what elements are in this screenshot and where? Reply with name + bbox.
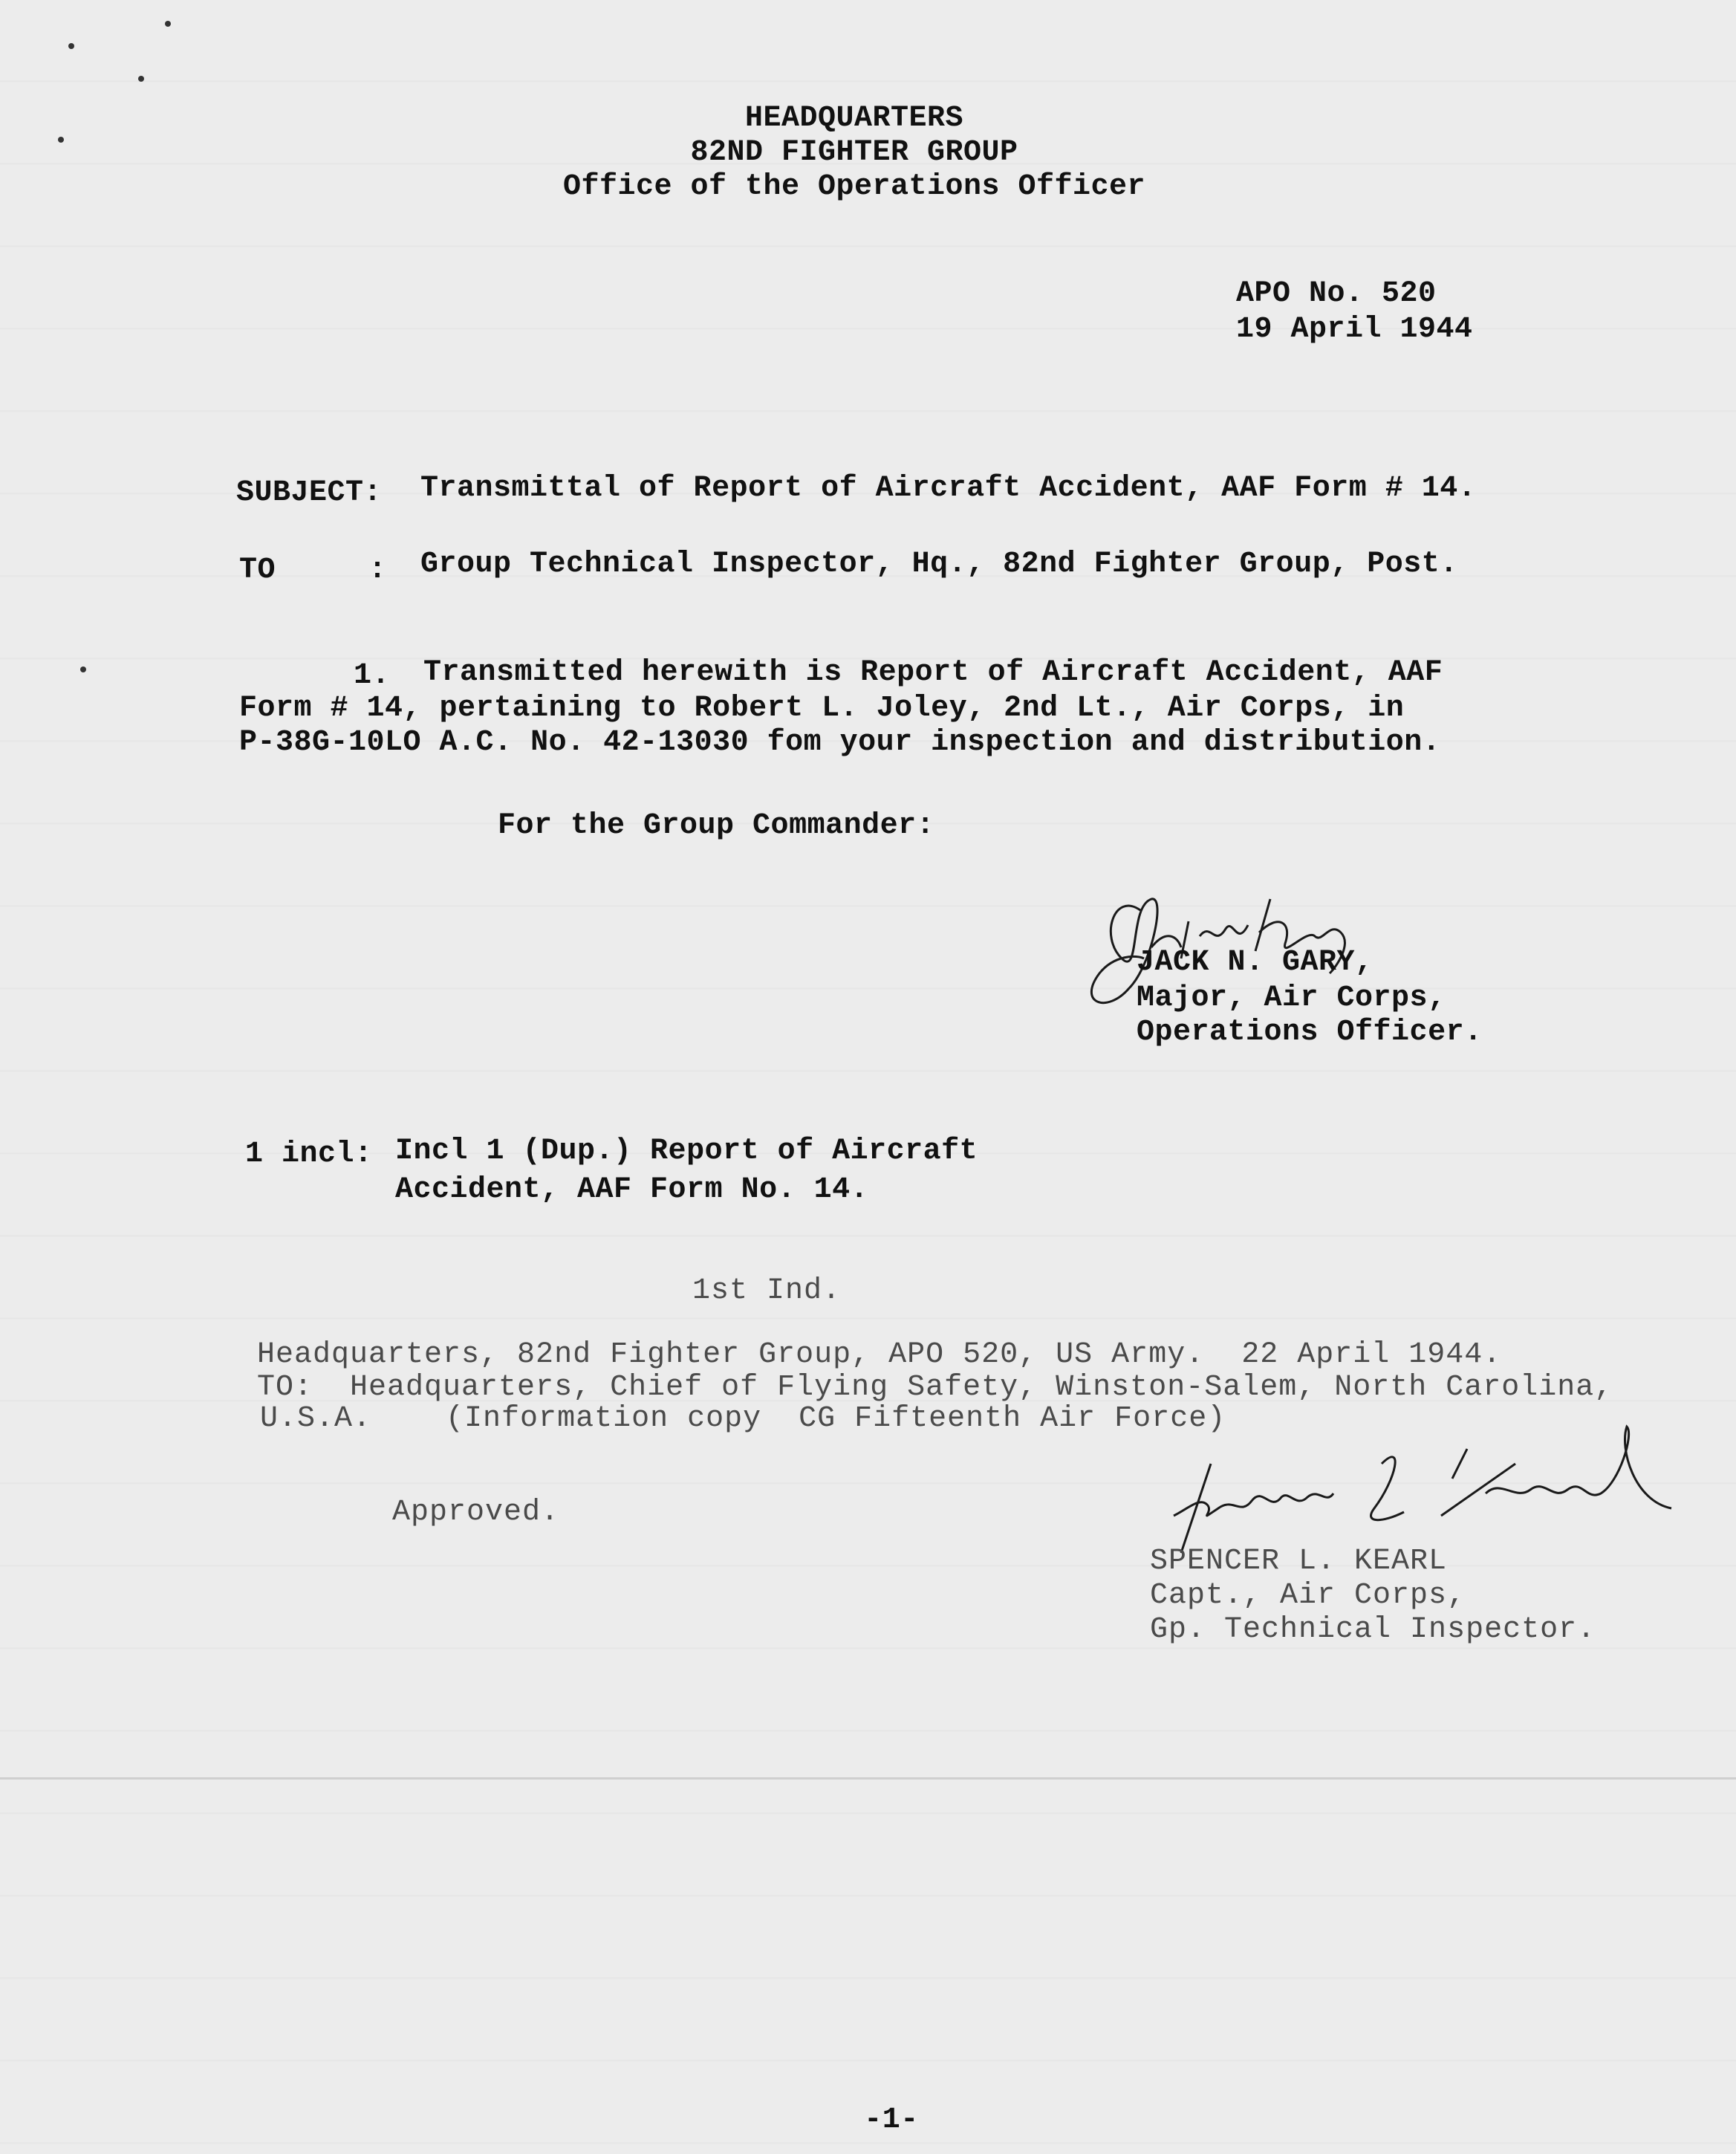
body-line-2: Form # 14, pertaining to Robert L. Joley… [239,691,1404,727]
page-number: -1- [817,2103,966,2138]
indorsement-line-1: Headquarters, 82nd Fighter Group, APO 52… [257,1337,1501,1373]
body-line-3: P-38G-10LO A.C. No. 42-13030 fom your in… [239,725,1440,761]
scan-speck [138,76,144,82]
letterhead-unit: 82ND FIGHTER GROUP [520,135,1189,171]
approved-text: Approved. [392,1495,559,1531]
enclosure-label: 1 incl: [245,1137,373,1172]
letterhead-office: Office of the Operations Officer [520,169,1189,205]
indorsement-heading: 1st Ind. [692,1274,841,1309]
subject-text: Transmittal of Report of Aircraft Accide… [420,471,1476,507]
signer2-title: Gp. Technical Inspector. [1150,1612,1596,1648]
for-group-commander: For the Group Commander: [498,808,934,844]
signer2-rank: Capt., Air Corps, [1150,1578,1466,1614]
indorsement-line-2: TO: Headquarters, Chief of Flying Safety… [257,1370,1613,1406]
scan-rule-line [0,1777,1736,1780]
signer1-name: JACK N. GARY, [1137,945,1373,981]
scan-speck [68,43,74,49]
scan-speck [165,21,171,27]
signer2-name: SPENCER L. KEARL [1150,1544,1447,1580]
document-page: HEADQUARTERS 82ND FIGHTER GROUP Office o… [0,0,1736,2154]
to-label: TO [239,553,276,588]
enclosure-line-1: Incl 1 (Dup.) Report of Aircraft [395,1134,978,1170]
letterhead-headquarters: HEADQUARTERS [520,101,1189,137]
to-text: Group Technical Inspector, Hq., 82nd Fig… [420,547,1458,583]
apo-number: APO No. 520 [1236,276,1437,312]
subject-label: SUBJECT: [236,476,382,511]
to-colon: : [368,553,387,588]
scan-speck [58,137,64,143]
scan-speck [80,666,86,672]
enclosure-line-2: Accident, AAF Form No. 14. [395,1172,868,1208]
letter-date: 19 April 1944 [1236,312,1473,348]
signer1-title: Operations Officer. [1137,1015,1483,1051]
signer1-rank: Major, Air Corps, [1137,981,1446,1016]
paragraph-number: 1. [354,658,390,694]
indorsement-line-3: U.S.A. (Information copy CG Fifteenth Ai… [260,1401,1226,1437]
body-line-1: Transmitted herewith is Report of Aircra… [423,655,1443,691]
